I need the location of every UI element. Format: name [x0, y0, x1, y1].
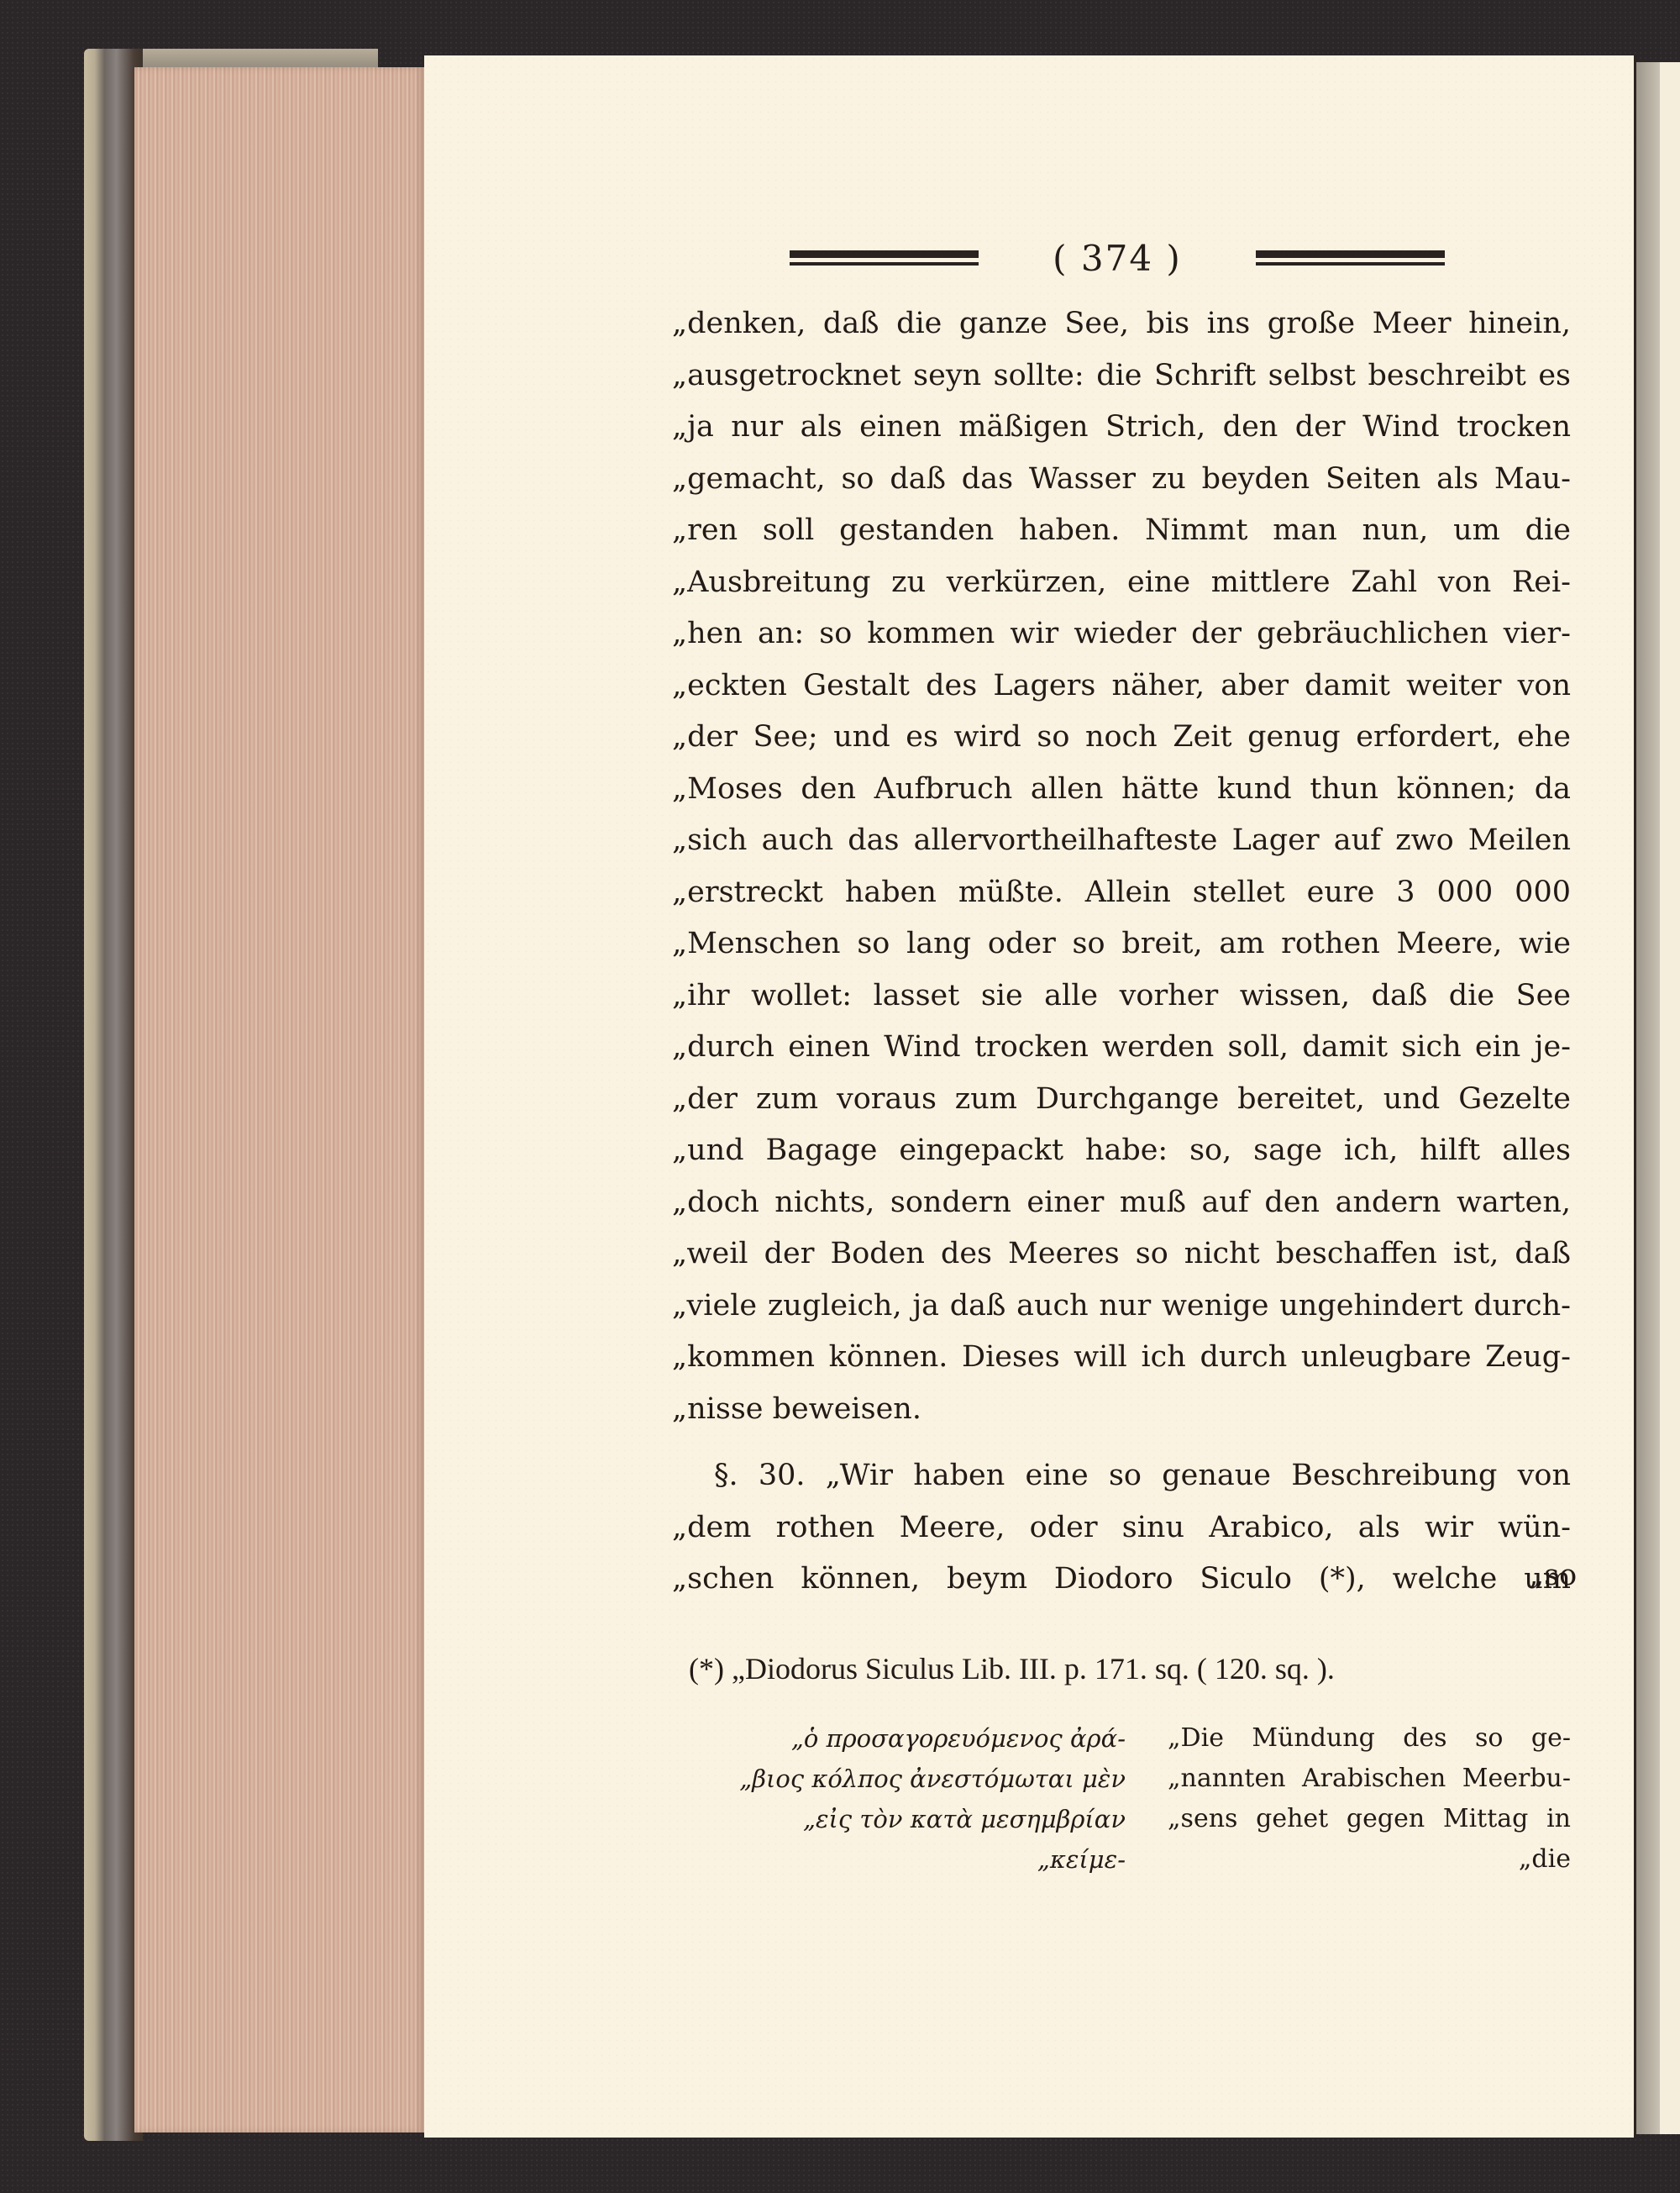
text-line: „denken, daß die ganze See, bis ins groß…: [672, 298, 1571, 350]
text-line: „erstreckt haben müßte. Allein stellet e…: [672, 867, 1571, 919]
greek-catchword: „κείμε-: [722, 1839, 1126, 1880]
text-line: „weil der Boden des Meeres so nicht besc…: [672, 1228, 1571, 1281]
text-line: „gemacht, so daß das Wasser zu beyden Se…: [672, 454, 1571, 506]
header-rule-left: [790, 250, 979, 266]
body-text: „denken, daß die ganze See, bis ins groß…: [672, 298, 1571, 1606]
text-line: „sich auch das allervortheilhafteste Lag…: [672, 815, 1571, 867]
text-line: „und Bagage eingepackt habe: so, sage ic…: [672, 1125, 1571, 1177]
page-gutter-shadow: [1636, 62, 1660, 2134]
text-line: „durch einen Wind trocken werden soll, d…: [672, 1022, 1571, 1074]
text-line: „Menschen so lang oder so breit, am roth…: [672, 918, 1571, 970]
text-line: „kommen können. Dieses will ich durch un…: [672, 1332, 1571, 1384]
text-line: „ausgetrocknet seyn sollte: die Schrift …: [672, 350, 1571, 402]
german-line: „nannten Arabischen Meerbu-: [1168, 1759, 1571, 1799]
greek-line: „εἰς τὸν κατὰ μεσημβρίαν: [722, 1799, 1126, 1839]
page-header: ( 374 ): [790, 237, 1445, 279]
section-heading-line: §. 30. „Wir haben eine so genaue Beschre…: [672, 1450, 1571, 1502]
header-rule-right: [1256, 250, 1445, 266]
german-line: „sens gehet gegen Mittag in: [1168, 1799, 1571, 1839]
catchword: „so: [1529, 1559, 1577, 1592]
text-line: „schen können, beym Diodoro Siculo (*), …: [672, 1554, 1571, 1606]
footnote-greek-column: „ὁ προσαγορευόμενος ἀρά- „βιος κόλπος ἀν…: [722, 1718, 1126, 1880]
footnote-reference: (*) „Diodorus Siculus Lib. III. p. 171. …: [689, 1651, 1562, 1686]
german-line: „Die Mündung des so ge-: [1168, 1718, 1571, 1759]
text-line: „der zum voraus zum Durchgange bereitet,…: [672, 1074, 1571, 1126]
footnote-german-column: „Die Mündung des so ge- „nannten Arabisc…: [1168, 1718, 1571, 1880]
text-line: „der See; und es wird so noch Zeit genug…: [672, 712, 1571, 764]
text-line: „hen an: so kommen wir wieder der gebräu…: [672, 608, 1571, 660]
page-number: ( 374 ): [1053, 238, 1182, 279]
text-line: „nisse beweisen.: [672, 1384, 1571, 1436]
text-line: „ja nur als einen mäßigen Strich, den de…: [672, 402, 1571, 454]
next-page-sliver: [1660, 62, 1680, 2134]
text-line: „dem rothen Meere, oder sinu Arabico, al…: [672, 1502, 1571, 1554]
page-stack-edge: [134, 67, 424, 2133]
text-line: „eckten Gestalt des Lagers näher, aber d…: [672, 660, 1571, 713]
german-catchword: „die: [1168, 1839, 1571, 1880]
text-line: „viele zugleich, ja daß auch nur wenige …: [672, 1281, 1571, 1333]
text-line: „Moses den Aufbruch allen hätte kund thu…: [672, 764, 1571, 816]
greek-line: „βιος κόλπος ἀνεστόμωται μὲν: [722, 1759, 1126, 1799]
footnote-columns: „ὁ προσαγορευόμενος ἀρά- „βιος κόλπος ἀν…: [722, 1718, 1571, 1880]
text-line: „Ausbreitung zu verkürzen, eine mittlere…: [672, 557, 1571, 609]
text-line: „ren soll gestanden haben. Nimmt man nun…: [672, 505, 1571, 557]
text-line: „ihr wollet: lasset sie alle vorher wiss…: [672, 970, 1571, 1023]
text-line: „doch nichts, sondern einer muß auf den …: [672, 1177, 1571, 1229]
greek-line: „ὁ προσαγορευόμενος ἀρά-: [722, 1718, 1126, 1759]
